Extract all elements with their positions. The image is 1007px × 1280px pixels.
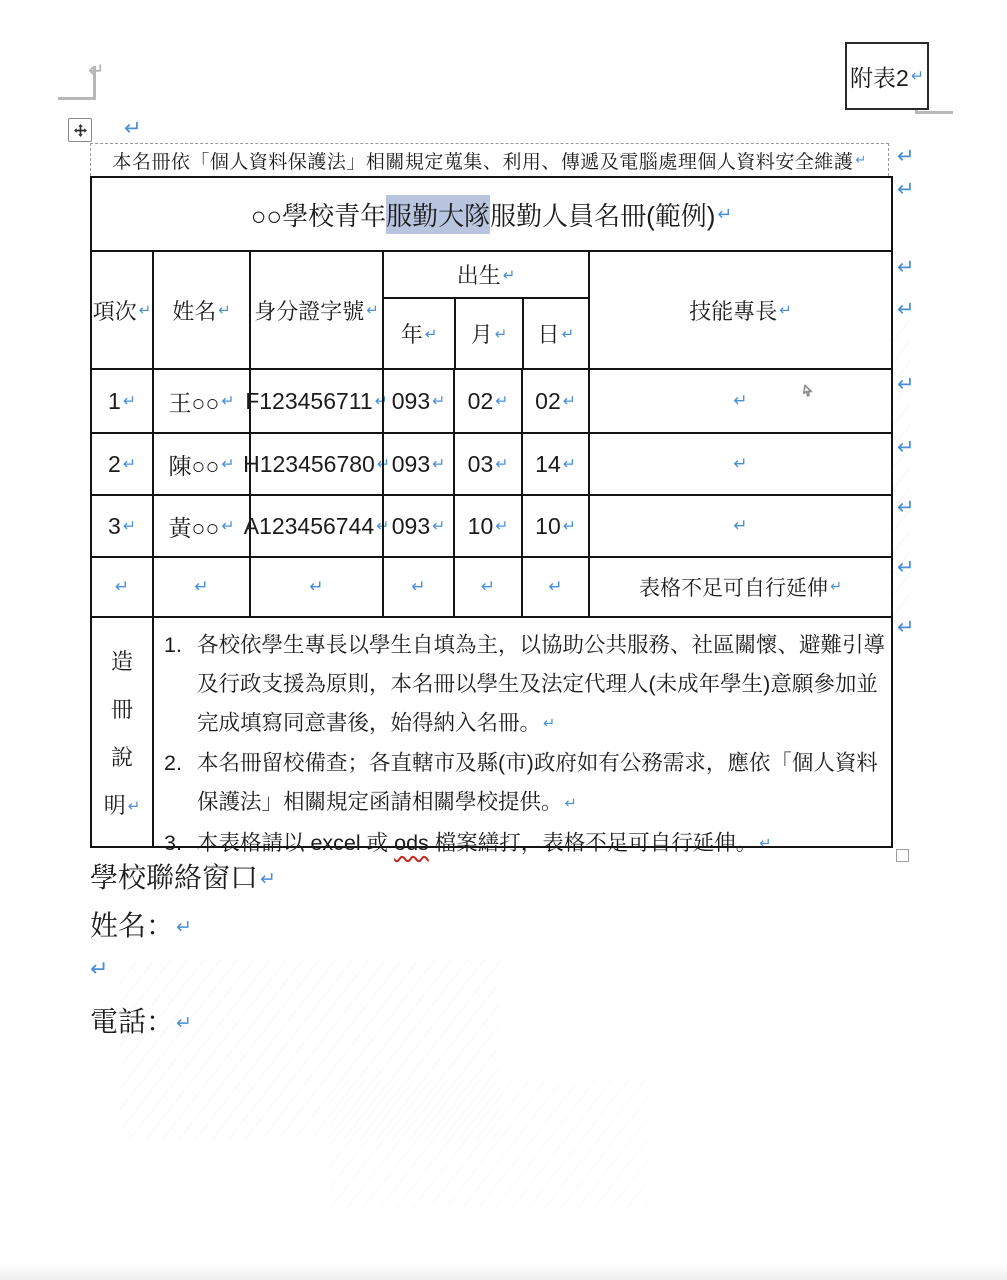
page-bottom-shadow — [0, 1264, 1007, 1280]
header-birth-day[interactable]: 日 — [522, 299, 588, 368]
cell-item-no[interactable]: 1 — [92, 370, 152, 432]
paragraph-mark-icon — [115, 577, 129, 597]
cell-skill[interactable] — [588, 370, 891, 432]
cell-birth-year[interactable]: 093 — [382, 370, 453, 432]
scan-artifact — [120, 960, 500, 1140]
cell-item-no[interactable]: 2 — [92, 434, 152, 494]
paragraph-mark-icon — [88, 58, 105, 83]
cell-id-number[interactable]: A123456744 — [249, 496, 382, 556]
cell-birth-day[interactable]: 10 — [521, 496, 588, 556]
privacy-note-text: 本名冊依「個人資料保護法」相關規定蒐集、利用、傳遞及電腦處理個人資料安全維護 — [112, 147, 853, 174]
paragraph-mark-icon — [548, 577, 562, 597]
table-notes-row: 造 冊 說 明 1. 各校依學生專長以學生自填為主，以協助公共服務、社區關懷、避… — [92, 616, 891, 846]
notes-body[interactable]: 1. 各校依學生專長以學生自填為主，以協助公共服務、社區關懷、避難引導及行政支援… — [152, 618, 891, 846]
cell-birth-month[interactable] — [453, 558, 521, 616]
paragraph-mark-icon — [432, 454, 445, 474]
paragraph-mark-icon — [124, 116, 142, 141]
cell-birth-year[interactable] — [382, 558, 453, 616]
cell-birth-day[interactable] — [521, 558, 588, 616]
cell-skill[interactable] — [588, 434, 891, 494]
cell-birth-day[interactable]: 02 — [521, 370, 588, 432]
cell-skill-extension-note[interactable]: 表格不足可自行延伸 — [588, 558, 891, 616]
paragraph-mark-icon — [565, 796, 577, 812]
cell-id-number[interactable]: F123456711 — [249, 370, 382, 432]
cell-skill[interactable] — [588, 496, 891, 556]
cell-name[interactable]: 王○○ — [152, 370, 249, 432]
document-page: 附表2 本名冊依「個人資料保護法」相關規定蒐集、利用、傳遞及電腦處理個人資料安全… — [0, 0, 1007, 1280]
paragraph-mark-icon — [411, 577, 425, 597]
paragraph-mark-icon — [563, 391, 576, 411]
paragraph-mark-icon — [897, 435, 915, 460]
contact-phone-line[interactable]: 電話： — [90, 1000, 192, 1040]
table-header-row: 項次 姓名 身分證字號 出生 年 月 日 技能專長 — [92, 250, 891, 368]
paragraph-mark-icon — [194, 577, 208, 597]
header-birth-group: 出生 年 月 日 — [382, 252, 588, 368]
paragraph-mark-icon — [897, 297, 915, 322]
paragraph-mark-icon — [495, 516, 508, 536]
paragraph-mark-icon — [759, 836, 771, 852]
paragraph-mark-icon — [123, 391, 136, 411]
header-birth-month[interactable]: 月 — [454, 299, 521, 368]
header-birth-year[interactable]: 年 — [384, 299, 454, 368]
page-margin-crop-mark — [93, 66, 96, 100]
paragraph-mark-icon — [128, 798, 141, 815]
page-margin-crop-mark — [915, 111, 953, 114]
cell-id-number[interactable] — [249, 558, 382, 616]
paragraph-mark-icon — [855, 152, 866, 168]
paragraph-mark-icon — [221, 391, 234, 411]
paragraph-mark-icon — [309, 577, 323, 597]
note-item: 2. 本名冊留校備查；各直轄市及縣(市)政府如有公務需求，應依「個人資料保護法」… — [164, 744, 889, 823]
title-highlighted-text: 服勤大隊 — [386, 195, 490, 234]
paragraph-mark-icon — [260, 869, 276, 890]
table-row-empty: 表格不足可自行延伸 — [92, 556, 891, 616]
paragraph-mark-icon — [543, 716, 555, 732]
paragraph-mark-icon — [123, 516, 136, 536]
paragraph-mark-icon — [90, 956, 108, 982]
paragraph-mark-icon — [911, 66, 924, 86]
cell-name[interactable]: 黃○○ — [152, 496, 249, 556]
paragraph-mark-icon — [733, 391, 747, 411]
header-item-no[interactable]: 項次 — [92, 252, 152, 368]
paragraph-mark-icon — [123, 454, 136, 474]
table-row: 3 黃○○ A123456744 093 10 10 — [92, 494, 891, 556]
spellcheck-flagged-word: ods — [394, 831, 429, 855]
header-birth[interactable]: 出生 — [384, 252, 588, 299]
attachment-label-box[interactable]: 附表2 — [845, 42, 929, 110]
paragraph-mark-icon — [495, 454, 508, 474]
header-id-number[interactable]: 身分證字號 — [249, 252, 382, 368]
paragraph-mark-icon — [503, 266, 516, 284]
notes-label-vertical[interactable]: 造 冊 說 明 — [92, 618, 152, 846]
paragraph-mark-icon — [139, 301, 152, 319]
table-move-handle[interactable] — [68, 118, 92, 142]
table-title-row[interactable]: ○○學校青年服勤大隊服勤人員名冊(範例) — [92, 178, 891, 250]
paragraph-mark-icon — [495, 325, 508, 343]
paragraph-mark-icon — [733, 516, 747, 536]
move-arrows-icon — [74, 124, 87, 137]
mouse-cursor-icon — [800, 383, 818, 401]
title-suffix: 服勤人員名冊(範例) — [490, 196, 715, 233]
title-prefix: ○○學校青年 — [251, 196, 386, 233]
cell-item-no[interactable] — [92, 558, 152, 616]
paragraph-mark-icon — [495, 391, 508, 411]
table-row: 1 王○○ F123456711 093 02 02 — [92, 368, 891, 432]
paragraph-mark-icon — [366, 301, 379, 319]
scan-artifact — [330, 1080, 650, 1210]
paragraph-mark-icon — [563, 516, 576, 536]
paragraph-mark-icon — [897, 372, 915, 397]
page-margin-crop-mark — [58, 97, 96, 100]
paragraph-mark-icon — [897, 495, 915, 520]
cell-birth-year[interactable]: 093 — [382, 434, 453, 494]
privacy-note-row[interactable]: 本名冊依「個人資料保護法」相關規定蒐集、利用、傳遞及電腦處理個人資料安全維護 — [90, 143, 889, 176]
cell-birth-month[interactable]: 10 — [453, 496, 521, 556]
paragraph-mark-icon — [717, 204, 732, 225]
cell-id-number[interactable]: H123456780 — [249, 434, 382, 494]
paragraph-mark-icon — [830, 579, 842, 595]
paragraph-mark-icon — [481, 577, 495, 597]
note-item: 1. 各校依學生專長以學生自填為主，以協助公共服務、社區關懷、避難引導及行政支援… — [164, 626, 889, 744]
note-item: 3. 本表格請以 excel 或 ods 檔案繕打，表格不足可自行延伸。 — [164, 824, 889, 864]
paragraph-mark-icon — [563, 454, 576, 474]
paragraph-mark-icon — [733, 454, 747, 474]
paragraph-mark-icon — [425, 325, 438, 343]
table-row: 2 陳○○ H123456780 093 03 14 — [92, 432, 891, 494]
paragraph-mark-icon — [897, 615, 915, 640]
cell-birth-day[interactable]: 14 — [521, 434, 588, 494]
cell-name[interactable]: 陳○○ — [152, 434, 249, 494]
paragraph-mark-icon — [218, 301, 231, 319]
table-resize-handle[interactable] — [896, 849, 909, 862]
paragraph-mark-icon — [432, 516, 445, 536]
paragraph-mark-icon — [897, 144, 915, 169]
cell-name[interactable] — [152, 558, 249, 616]
paragraph-mark-icon — [176, 1013, 192, 1034]
roster-table: ○○學校青年服勤大隊服勤人員名冊(範例) 項次 姓名 身分證字號 出生 年 月 … — [90, 176, 893, 848]
paragraph-mark-icon — [176, 917, 192, 938]
cell-birth-year[interactable]: 093 — [382, 496, 453, 556]
paragraph-mark-icon — [432, 391, 445, 411]
paragraph-mark-icon — [779, 301, 792, 319]
paragraph-mark-icon — [897, 555, 915, 580]
cell-birth-month[interactable]: 02 — [453, 370, 521, 432]
cell-item-no[interactable]: 3 — [92, 496, 152, 556]
paragraph-mark-icon — [221, 454, 234, 474]
header-name[interactable]: 姓名 — [152, 252, 249, 368]
attachment-label: 附表2 — [850, 60, 909, 93]
header-skill[interactable]: 技能專長 — [588, 252, 891, 368]
paragraph-mark-icon — [897, 177, 915, 202]
paragraph-mark-icon — [562, 325, 575, 343]
contact-name-line[interactable]: 姓名： — [90, 904, 192, 944]
paragraph-mark-icon — [897, 255, 915, 280]
cell-birth-month[interactable]: 03 — [453, 434, 521, 494]
paragraph-mark-icon — [221, 516, 234, 536]
